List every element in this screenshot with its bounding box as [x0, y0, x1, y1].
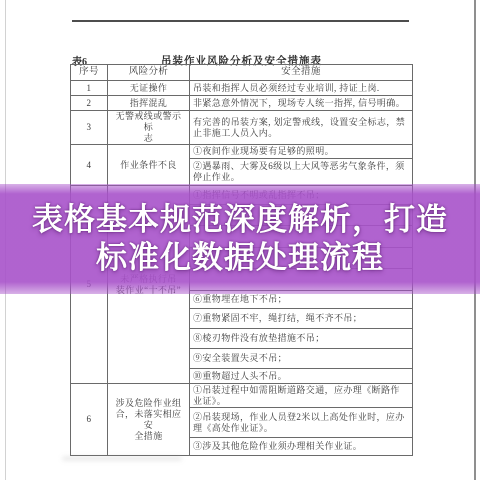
safety-measure-cell: ③涉及其他危险作业须办理相关作业证。: [190, 438, 413, 456]
risk-analysis-cell: 指挥混乱: [108, 96, 190, 111]
safety-measure-cell: ⑦重物紧固不牢，绳打结，绳不齐不吊；: [190, 309, 413, 329]
row-number-cell: 3: [71, 111, 108, 145]
safety-measure-cell: ①吊装过程中如需阻断道路交通，应办理《断路作业证》。: [190, 384, 413, 408]
row-number-cell: 4: [71, 145, 108, 186]
banner-title-line1: 表格基本规范深度解析，打造: [32, 201, 448, 239]
row-number-cell: 2: [71, 96, 108, 111]
banner-title-line2: 标准化数据处理流程: [96, 239, 384, 277]
row-number-cell: 6: [71, 384, 108, 456]
table-row: 2指挥混乱非紧急意外情况下，现场专人统一指挥, 信号明确。: [71, 96, 413, 111]
header-cell-risk: 风险分析: [108, 65, 190, 81]
table-row: 4作业条件不良①夜间作业现场要有足够的照明。: [71, 145, 413, 159]
safety-measure-cell: ⑧棱刃物件没有放垫措施不吊；: [190, 329, 413, 349]
header-cell-no: 序号: [71, 65, 108, 81]
risk-analysis-cell: 作业条件不良: [108, 145, 190, 186]
table-row: 3无警戒线或警示标志有完善的吊装方案, 划定警戒线，设置安全标志，禁止非施工人员…: [71, 111, 413, 145]
header-cell-measures: 安全措施: [190, 65, 413, 81]
safety-measure-cell: ②遇暴雨、大雾及6级以上大风等恶劣气象条件，须停止作业。: [190, 159, 413, 186]
risk-analysis-cell: 涉及危险作业组合，未落实相应安全措施: [108, 384, 190, 456]
safety-measure-cell: 有完善的吊装方案, 划定警戒线，设置安全标志，禁止非施工人员入内。: [190, 111, 413, 145]
scanned-document-page: { "page": { "table_label": "表6", "table_…: [0, 0, 480, 480]
title-banner-overlay: 表格基本规范深度解析，打造 标准化数据处理流程: [0, 184, 480, 294]
safety-measure-cell: ⑩重物超过人头不吊。: [190, 369, 413, 384]
table-row: 1无证操作吊装和指挥人员必须经过专业培训, 持证上岗.: [71, 81, 413, 96]
row-number-cell: 1: [71, 81, 108, 96]
header-rule: [72, 20, 409, 22]
scan-artifact: [62, 456, 182, 461]
table-row: 6涉及危险作业组合，未落实相应安全措施①吊装过程中如需阻断道路交通，应办理《断路…: [71, 384, 413, 408]
safety-measure-cell: 吊装和指挥人员必须经过专业培训, 持证上岗.: [190, 81, 413, 96]
safety-measure-cell: ②吊装现场，作业人员登2米以上高处作业时，应办理《高处作业证》。: [190, 408, 413, 438]
safety-measure-cell: ⑨安全装置失灵不吊；: [190, 349, 413, 369]
table-header-row: 序号 风险分析 安全措施: [71, 65, 413, 81]
safety-measure-cell: 非紧急意外情况下，现场专人统一指挥, 信号明确。: [190, 96, 413, 111]
risk-analysis-cell: 无证操作: [108, 81, 190, 96]
safety-measure-cell: ①夜间作业现场要有足够的照明。: [190, 145, 413, 159]
risk-analysis-cell: 无警戒线或警示标志: [108, 111, 190, 145]
